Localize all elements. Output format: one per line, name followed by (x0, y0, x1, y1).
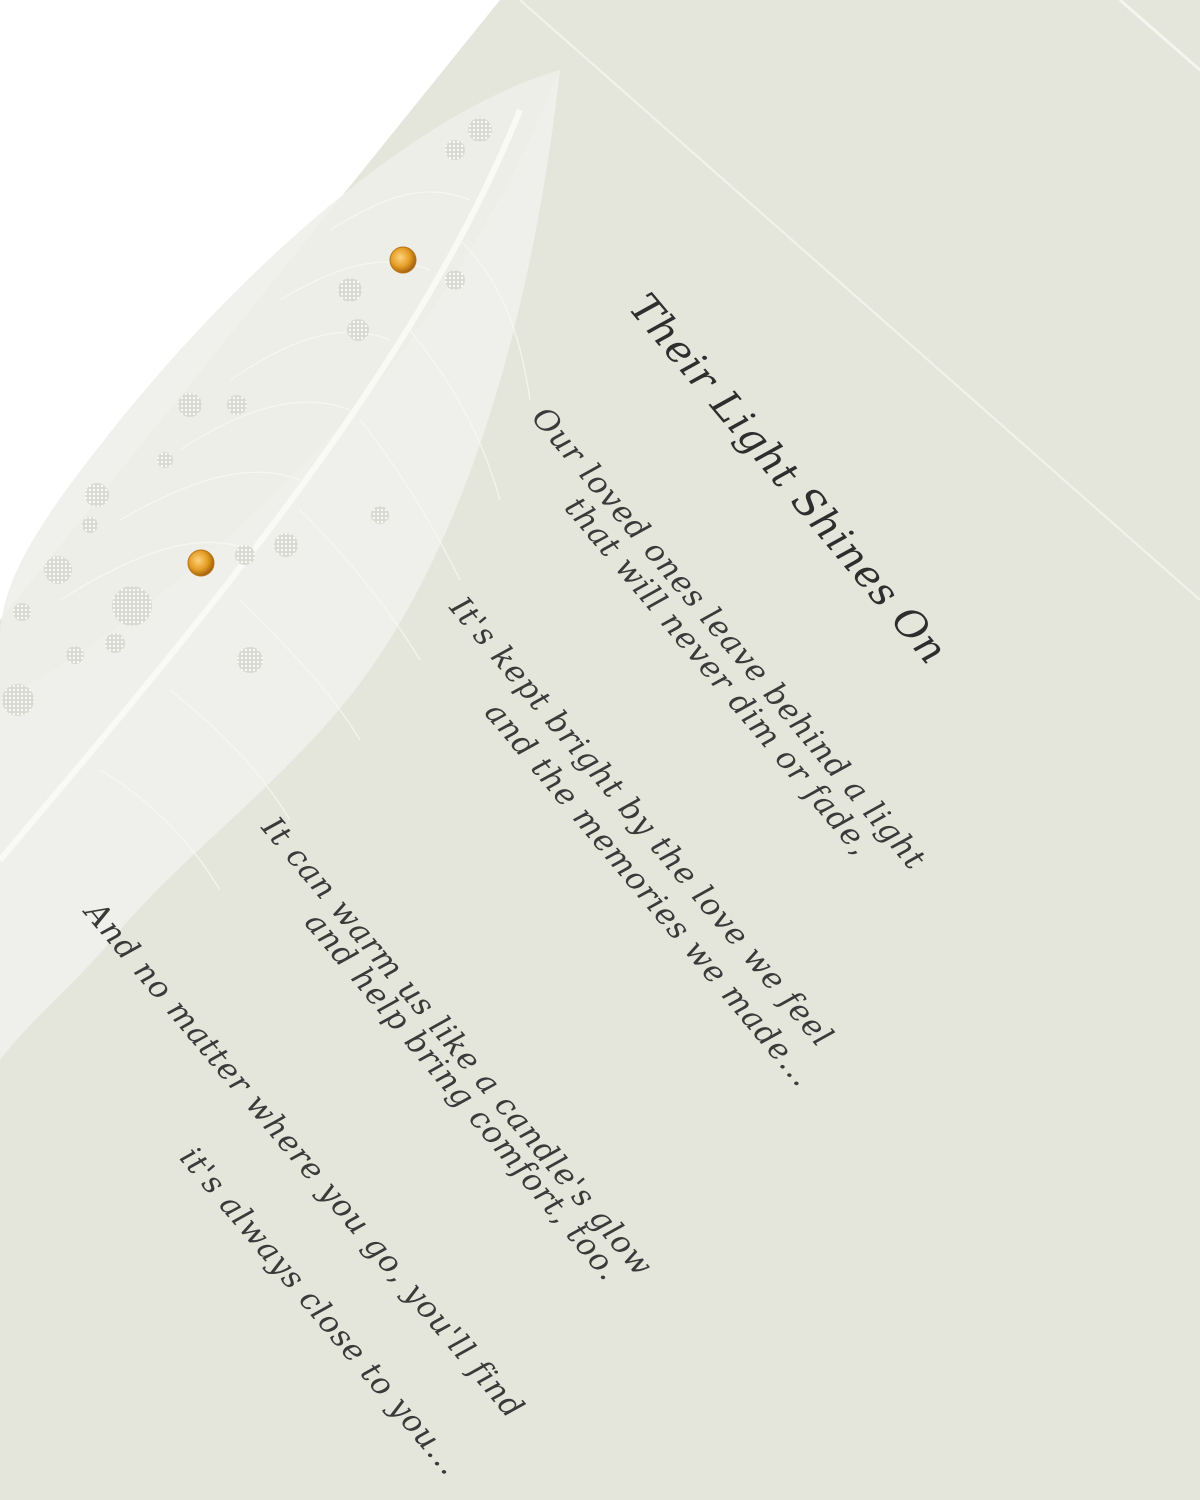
card-artwork (0, 0, 1200, 1500)
gem-icon (390, 247, 416, 273)
greeting-card: Their Light Shines On Our loved ones lea… (0, 0, 1200, 1500)
gem-icon (188, 550, 214, 576)
